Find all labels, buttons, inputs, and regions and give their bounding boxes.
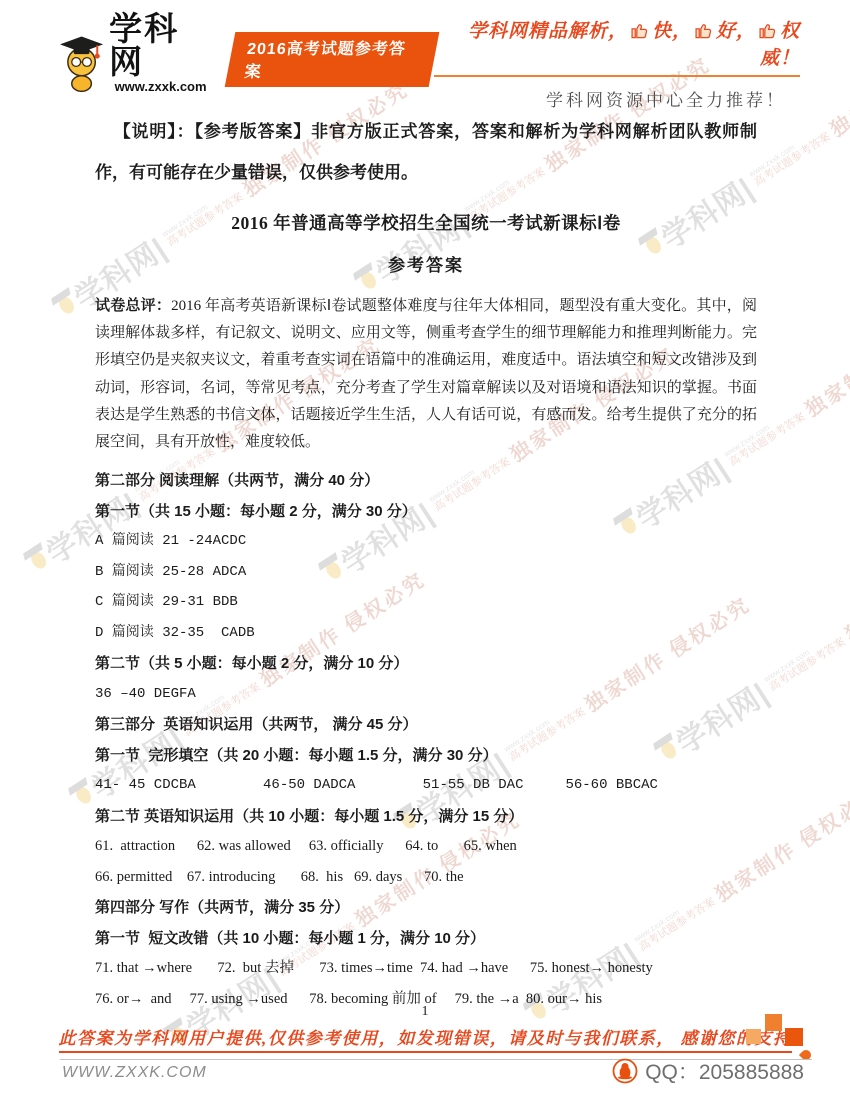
section-heading: 第二节 英语知识运用（共 10 小题：每小题 1.5 分，满分 15 分） [95, 807, 757, 826]
overview-text: 2016 年高考英语新课标Ⅰ卷试题整体难度与往年大体相同，题型没有重大变化。其中… [95, 298, 757, 450]
square-light [746, 1029, 761, 1044]
mascot-watermark-icon [28, 549, 49, 571]
square-mid [765, 1014, 782, 1031]
section-heading: 第一节 短文改错（共 10 小题：每小题 1 分，满分 10 分） [95, 929, 757, 948]
section-heading: 第一节 完形填空（共 20 小题：每小题 1.5 分，满分 30 分） [95, 746, 757, 765]
thumbs-up-icon [630, 21, 650, 40]
mascot-watermark-icon [73, 784, 94, 806]
mascot-watermark-icon [56, 294, 77, 316]
page-number: 1 [0, 1004, 850, 1020]
thumbs-up-icon [694, 21, 714, 40]
thumbs-up-icon [758, 21, 778, 40]
footer-site-url: WWW.ZXXK.COM [62, 1064, 207, 1082]
footer-qq: QQ：205885888 [612, 1056, 804, 1086]
answer-line: 61. attraction 62. was allowed 63. offic… [95, 837, 757, 856]
answer-line: 36 –40 DEGFA [95, 685, 757, 704]
header-subtitle: 学科网资源中心全力推荐！ [434, 86, 786, 111]
qq-icon [612, 1058, 638, 1084]
banner-2016: 2016高考试题参考答案 [225, 32, 440, 87]
answer-line: 66. permitted 67. introducing 68. his 69… [95, 868, 757, 887]
document-body: 【说明】：【参考版答案】非官方版正式答案，答案和解析为学科网解析团队教师制作，有… [95, 94, 757, 1020]
disclaimer-paragraph: 【说明】：【参考版答案】非官方版正式答案，答案和解析为学科网解析团队教师制作，有… [95, 111, 757, 193]
answer-line: 71. that →where 72. but 去掉 73. times→tim… [95, 959, 757, 978]
square-dark [785, 1028, 803, 1046]
section-heading: 第四部分 写作（共两节，满分 35 分） [95, 898, 757, 917]
overview-label: 试卷总评： [95, 297, 171, 314]
answer-key-section: 第二部分 阅读理解（共两节，满分 40 分） 第一节（共 15 小题：每小题 2… [95, 471, 757, 1009]
answer-line: B 篇阅读 25-28 ADCA [95, 563, 757, 582]
zxxk-mascot-icon [60, 31, 105, 93]
answer-line: C 篇阅读 29-31 BDB [95, 593, 757, 612]
section-heading: 第二节（共 5 小题：每小题 2 分，满分 10 分） [95, 654, 757, 673]
section-heading: 第一节（共 15 小题：每小题 2 分，满分 30 分） [95, 502, 757, 521]
section-heading: 第二部分 阅读理解（共两节，满分 40 分） [95, 471, 757, 490]
section-heading: 第三部分 英语知识运用（共两节， 满分 45 分） [95, 715, 757, 734]
answer-line: D 篇阅读 32-35 CADB [95, 624, 757, 643]
answer-line: 41- 45 CDCBA 46-50 DADCA 51-55 DB DAC 56… [95, 776, 757, 795]
slogan: 学科网精品解析，快，好，权威！ [434, 16, 800, 77]
answer-line: A 篇阅读 21 -24ACDC [95, 532, 757, 551]
overview-paragraph: 试卷总评：2016 年高考英语新课标Ⅰ卷试题整体难度与往年大体相同，题型没有重大… [95, 292, 757, 456]
page-header: 学科网 www.zxxk.com 2016高考试题参考答案 学科网精品解析，快，… [60, 12, 800, 111]
zxxk-logo: 学科网 www.zxxk.com 2016高考试题参考答案 [60, 12, 434, 93]
brand-name: 学科网 [109, 12, 212, 78]
header-right: 学科网精品解析，快，好，权威！ 学科网资源中心全力推荐！ [434, 12, 800, 111]
footer-notice: 此答案为学科网用户提供,仅供参考使用，如发现错误，请及时与我们联系， 感谢您的支… [0, 1024, 850, 1049]
page-title: 2016 年普通高等学校招生全国统一考试新课标Ⅰ卷 [95, 210, 757, 235]
page-subtitle: 参考答案 [95, 251, 757, 276]
brand-site: www.zxxk.com [115, 80, 207, 93]
